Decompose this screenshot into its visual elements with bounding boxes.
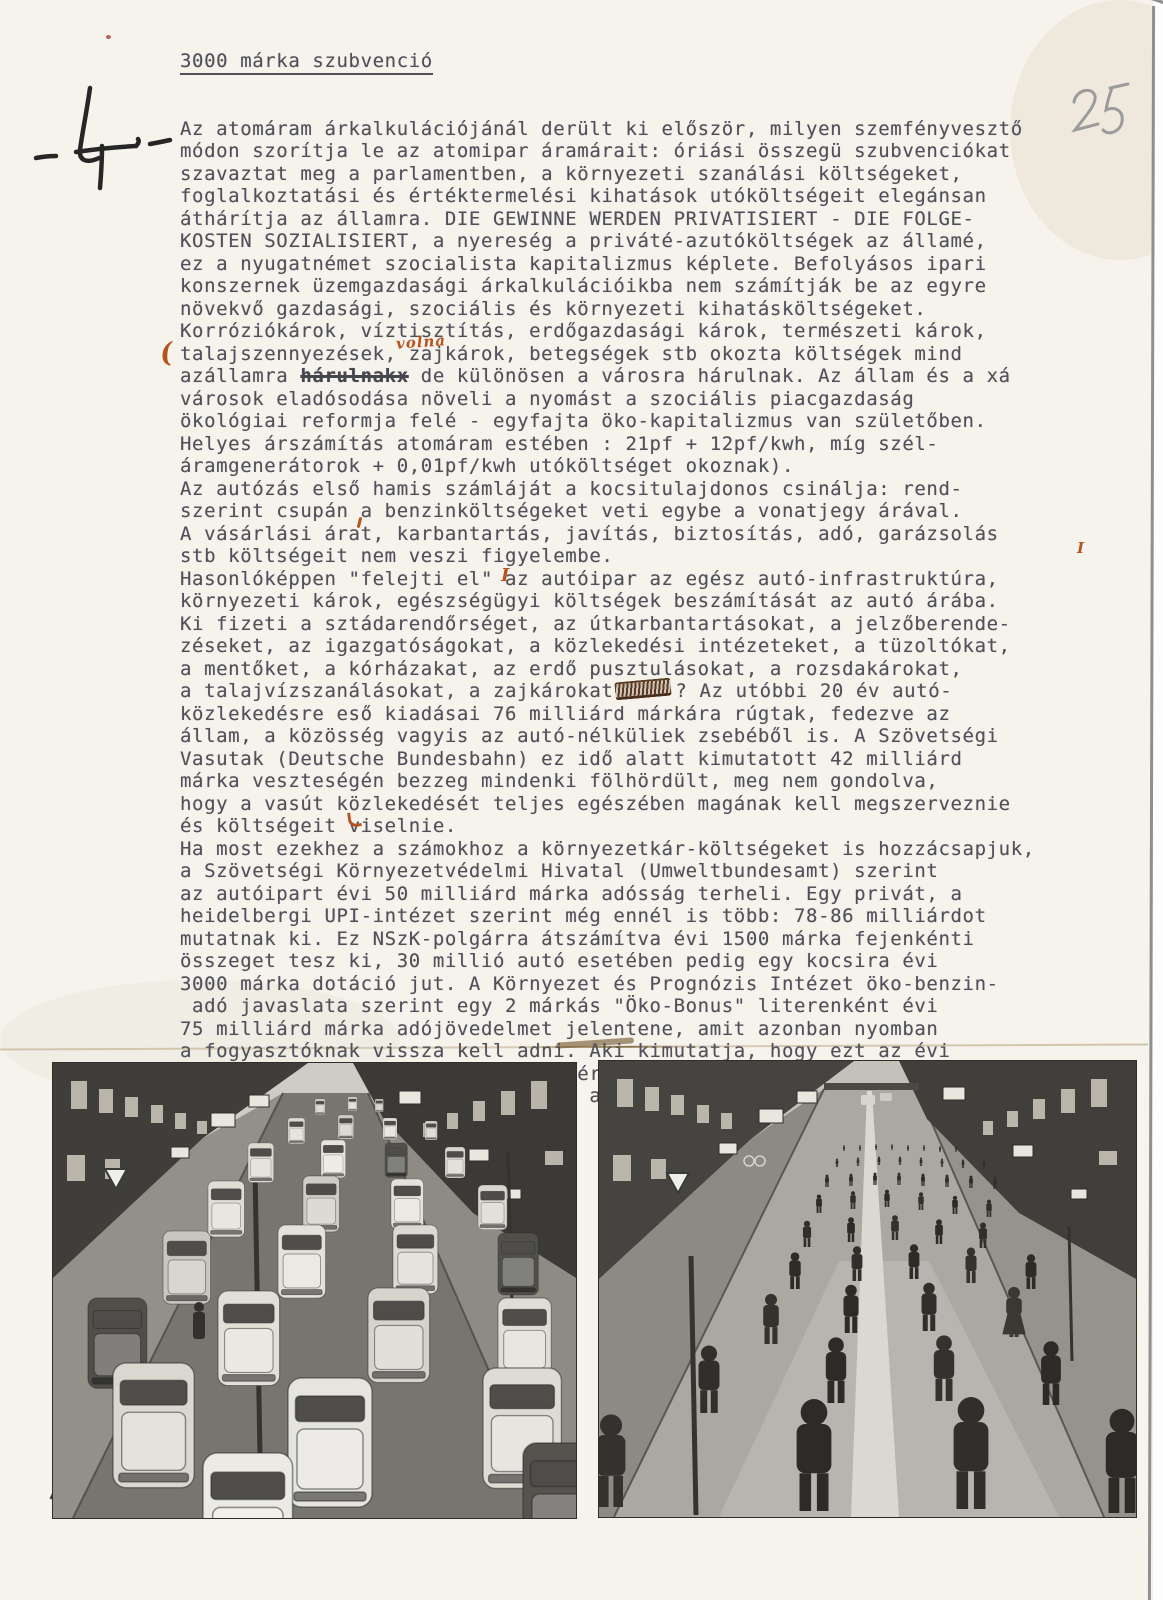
text-line: márka veszteségén bezzeg mindenki fölhör… [180, 770, 1100, 793]
text-line: Korróziókárok, víztisztítás, erdőgazdasá… [180, 320, 1100, 343]
text-line: Hasonlóképpen "felejti el" az autóipar a… [180, 568, 1100, 591]
text-line: heidelbergi UPI-intézet szerint még enné… [180, 905, 1100, 928]
text-line: módon szorítja le az atomipar áramárait:… [180, 140, 1100, 163]
text-segment: de különösen a városra hárulnak. Az álla… [409, 365, 1011, 387]
text-line: Ki fizeti a sztádarendőrséget, az útkarb… [180, 613, 1100, 636]
ink-speck [106, 35, 111, 39]
text-line: Ha most ezekhez a számokhoz a környezetk… [180, 838, 1100, 861]
text-line: zéseket, az igazgatóságokat, a közlekedé… [180, 635, 1100, 658]
handwritten-paren-mark: ( [158, 337, 174, 369]
pedestrians-photo [598, 1060, 1137, 1518]
text-line: szavaztat meg a parlamentben, a környeze… [180, 163, 1100, 186]
text-line: összeget tesz ki, 30 millió autó esetébe… [180, 950, 1100, 973]
text-line: stb költségeit nem veszi figyelembe. [180, 545, 1100, 568]
text-line: adó javaslata szerint egy 2 márkás "Öko-… [180, 995, 1100, 1018]
text-line: a talajvízszanálásokat, a zajkárokat? Az… [180, 680, 1100, 703]
scribble-segment [615, 678, 672, 701]
scan-edge [1153, 0, 1163, 1600]
handwritten-page-number [24, 76, 174, 216]
text-line: környezeti károk, egészségügyi költségek… [180, 590, 1100, 613]
text-line: az autóipart évi 50 milliárd márka adóss… [180, 883, 1100, 906]
text-line: talajszennyezések, zajkárok, betegségek … [180, 343, 1100, 366]
text-line: hogy a vasút közlekedését teljes egészéb… [180, 793, 1100, 816]
text-line: Vasutak (Deutsche Bundesbahn) ez idő ala… [180, 748, 1100, 771]
text-line: mutatnak ki. Ez NSzK-polgárra átszámítva… [180, 928, 1100, 951]
text-segment: a talajvízszanálásokat, a zajkárokat [180, 680, 613, 702]
text-line: A vásárlási árat, karbantartás, javítás,… [180, 523, 1100, 546]
text-line: konszernek üzemgazdasági árkalkulációikb… [180, 275, 1100, 298]
text-line: áramgenerátorok + 0,01pf/kwh utóköltsége… [180, 455, 1100, 478]
text-segment: azállamra [180, 365, 300, 387]
text-line: Helyes árszámítás atomáram estében : 21p… [180, 433, 1100, 456]
traffic-jam-photo [52, 1062, 577, 1519]
document-title: 3000 márka szubvenció [180, 50, 1100, 73]
text-line: Az atomáram árkalkulációjánál derült ki … [180, 118, 1100, 141]
text-line: városok eladósodása növeli a nyomást a s… [180, 388, 1100, 411]
text-line: áthárítja az államra. DIE GEWINNE WERDEN… [180, 208, 1100, 231]
strike-segment: hárulnakx [300, 365, 408, 387]
text-line: állam, a közösség vagyis az autó-nélküli… [180, 725, 1100, 748]
text-line: növekvő gazdasági, szociális és környeze… [180, 298, 1100, 321]
text-line: ez a nyugatnémet szocialista kapitalizmu… [180, 253, 1100, 276]
text-line: foglalkoztatási és értéktermelési kihatá… [180, 185, 1100, 208]
text-line: közlekedésre eső kiadásai 76 milliárd má… [180, 703, 1100, 726]
text-line: KOSTEN SOZIALISIERT, a nyereség a privát… [180, 230, 1100, 253]
text-line: ökológiai reformja felé - egyfajta öko-k… [180, 410, 1100, 433]
typewritten-text: 3000 márka szubvenció Az atomáram árkalk… [180, 5, 1100, 1130]
text-line: azállamra hárulnakx de különösen a város… [180, 365, 1100, 388]
text-line: szerint csupán a benzinköltségeket veti … [180, 500, 1100, 523]
text-line: Az autózás első hamis számláját a kocsit… [180, 478, 1100, 501]
text-line: 75 milliárd márka adójövedelmet jelenten… [180, 1018, 1100, 1041]
text-line: a mentőket, a kórházakat, az erdő pusztu… [180, 658, 1100, 681]
text-line: 3000 márka dotáció jut. A Környezet és P… [180, 973, 1100, 996]
text-line: és költségeit viselnie. [180, 815, 1100, 838]
text-line: a Szövetségi Környezetvédelmi Hivatal (U… [180, 860, 1100, 883]
text-segment: ? Az utóbbi 20 év autó- [675, 680, 952, 702]
